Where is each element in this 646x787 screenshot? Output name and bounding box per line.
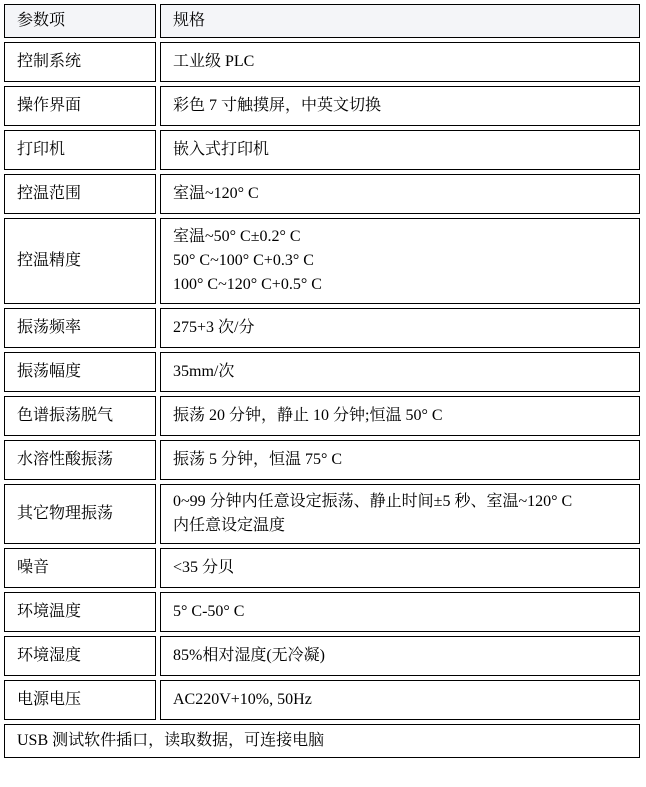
spec-cell: 85%相对湿度(无冷凝) xyxy=(160,636,640,676)
spec-cell: 275+3 次/分 xyxy=(160,308,640,348)
param-cell: 打印机 xyxy=(4,130,156,170)
param-cell: 噪音 xyxy=(4,548,156,588)
spec-cell: 5° C-50° C xyxy=(160,592,640,632)
table-row: 环境湿度 85%相对湿度(无冷凝) xyxy=(4,636,640,676)
header-param: 参数项 xyxy=(4,4,156,38)
param-cell: 其它物理振荡 xyxy=(4,484,156,544)
spec-cell: 彩色 7 寸触摸屏，中英文切换 xyxy=(160,86,640,126)
param-cell: 控温范围 xyxy=(4,174,156,214)
param-cell: 色谱振荡脱气 xyxy=(4,396,156,436)
table-row: 其它物理振荡 0~99 分钟内任意设定振荡、静止时间±5 秒、室温~120° C… xyxy=(4,484,640,544)
spec-cell: 振荡 20 分钟，静止 10 分钟;恒温 50° C xyxy=(160,396,640,436)
table-footer-row: USB 测试软件插口，读取数据，可连接电脑 xyxy=(4,724,640,758)
spec-cell: 室温~120° C xyxy=(160,174,640,214)
param-cell: 振荡频率 xyxy=(4,308,156,348)
param-cell: 控制系统 xyxy=(4,42,156,82)
spec-cell: 室温~50° C±0.2° C 50° C~100° C+0.3° C 100°… xyxy=(160,218,640,304)
spec-cell: 0~99 分钟内任意设定振荡、静止时间±5 秒、室温~120° C 内任意设定温… xyxy=(160,484,640,544)
param-cell: 电源电压 xyxy=(4,680,156,720)
footer-cell: USB 测试软件插口，读取数据，可连接电脑 xyxy=(4,724,640,758)
param-cell: 振荡幅度 xyxy=(4,352,156,392)
table-row: 色谱振荡脱气 振荡 20 分钟，静止 10 分钟;恒温 50° C xyxy=(4,396,640,436)
table-row: 环境温度 5° C-50° C xyxy=(4,592,640,632)
table-row: 振荡幅度 35mm/次 xyxy=(4,352,640,392)
table-header-row: 参数项 规格 xyxy=(4,4,640,38)
spec-sheet-page: 参数项 规格 控制系统 工业级 PLC 操作界面 彩色 7 寸触摸屏，中英文切换… xyxy=(0,0,646,787)
spec-table: 参数项 规格 控制系统 工业级 PLC 操作界面 彩色 7 寸触摸屏，中英文切换… xyxy=(0,0,644,762)
table-row: 控制系统 工业级 PLC xyxy=(4,42,640,82)
spec-cell: AC220V+10%, 50Hz xyxy=(160,680,640,720)
spec-cell: 振荡 5 分钟，恒温 75° C xyxy=(160,440,640,480)
param-cell: 水溶性酸振荡 xyxy=(4,440,156,480)
param-cell: 环境温度 xyxy=(4,592,156,632)
param-cell: 环境湿度 xyxy=(4,636,156,676)
spec-cell: 嵌入式打印机 xyxy=(160,130,640,170)
table-row: 操作界面 彩色 7 寸触摸屏，中英文切换 xyxy=(4,86,640,126)
spec-cell: <35 分贝 xyxy=(160,548,640,588)
header-spec: 规格 xyxy=(160,4,640,38)
spec-cell: 35mm/次 xyxy=(160,352,640,392)
table-row: 电源电压 AC220V+10%, 50Hz xyxy=(4,680,640,720)
table-row: 噪音 <35 分贝 xyxy=(4,548,640,588)
spec-cell: 工业级 PLC xyxy=(160,42,640,82)
param-cell: 控温精度 xyxy=(4,218,156,304)
table-row: 振荡频率 275+3 次/分 xyxy=(4,308,640,348)
table-row: 打印机 嵌入式打印机 xyxy=(4,130,640,170)
table-row: 控温范围 室温~120° C xyxy=(4,174,640,214)
param-cell: 操作界面 xyxy=(4,86,156,126)
table-row: 水溶性酸振荡 振荡 5 分钟，恒温 75° C xyxy=(4,440,640,480)
table-row: 控温精度 室温~50° C±0.2° C 50° C~100° C+0.3° C… xyxy=(4,218,640,304)
